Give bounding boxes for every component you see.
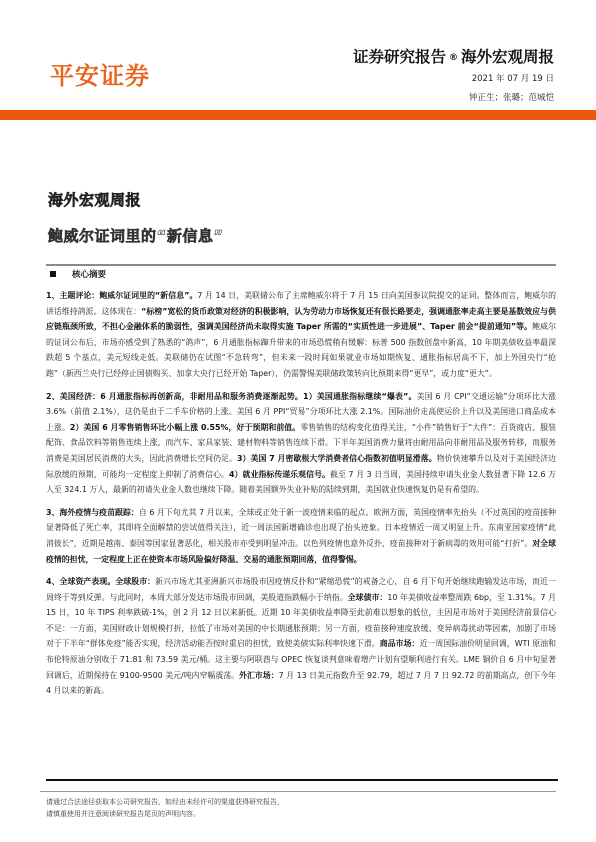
paragraph-lead: 2、美国经济：6 月通胀指标再创新高，非耐用品和服务消费逐渐起势。1）美国通胀指… <box>46 392 417 401</box>
divider-footer <box>40 791 556 792</box>
paragraph-emphasis: 全球债市： <box>348 593 388 602</box>
paragraph-emphasis: 4）就业指标传递乐观信号。 <box>229 470 330 479</box>
square-bullet-icon <box>50 271 56 277</box>
section-heading: 核心摘要 <box>50 268 106 280</box>
paragraph-3: 3、海外疫情与疫苗跟踪：自 6 月下旬尤其 7 月以来，全球或正处于新一波疫情来… <box>46 505 556 567</box>
section-heading-label: 核心摘要 <box>72 270 106 280</box>
divider-bottom <box>46 779 558 781</box>
paragraph-lead: 3、海外疫情与疫苗跟踪： <box>46 508 139 517</box>
report-series: 海外宏观周报 <box>461 48 554 66</box>
footer-line-1: 请通过合法途径获取本公司研究报告，如经由未经许可的渠道获得研究报告， <box>46 797 284 809</box>
summary-body: 1、主题评论：鲍威尔证词里的“新信息”。7 月 14 日，美联储公布了主席鲍威尔… <box>46 288 556 706</box>
report-header-title: 证券研究报告®海外宏观周报 <box>353 45 554 67</box>
paragraph-lead: 1、主题评论：鲍威尔证词里的“新信息”。 <box>46 291 197 300</box>
paragraph-lead: 4、全球资产表现。全球股市： <box>46 577 155 586</box>
separator-icon: ® <box>449 53 458 63</box>
paragraph-1: 1、主题评论：鲍威尔证词里的“新信息”。7 月 14 日，美联储公布了主席鲍威尔… <box>46 288 556 382</box>
company-logo: 平安证券 <box>50 56 150 91</box>
report-type: 证券研究报告 <box>353 48 446 66</box>
footer-disclaimer: 请通过合法途径获取本公司研究报告，如经由未经许可的渠道获得研究报告， 请慎重使用… <box>46 797 284 820</box>
paragraph-emphasis: 商品市场： <box>380 639 420 648</box>
header-accent-bar <box>0 110 596 120</box>
report-authors: 钟正生；张璐；范城恺 <box>469 91 554 103</box>
document-kind: 海外宏观周报 <box>48 189 141 210</box>
footer-line-2: 请慎重使用并注意阅读研究报告尾页的声明内容。 <box>46 809 284 821</box>
paragraph-4: 4、全球资产表现。全球股市：新兴市场尤其亚洲新兴市场股市因疫情反扑和“紧缩恐慌”… <box>46 574 556 699</box>
report-date: 2021 年 07 月 19 日 <box>472 72 554 84</box>
document-title: 鲍威尔证词里的“新信息” <box>48 225 224 246</box>
divider-top <box>46 264 556 266</box>
paragraph-emphasis: 2）美国 6 月零售销售环比小幅上涨 0.55%，好于预期和前值。 <box>70 423 300 432</box>
paragraph-emphasis: 3）美国 7 月密歇根大学消费者信心指数初值明显滑落。 <box>237 454 437 463</box>
paragraph-emphasis: 外汇市场： <box>239 671 279 680</box>
paragraph-2: 2、美国经济：6 月通胀指标再创新高，非耐用品和服务消费逐渐起势。1）美国通胀指… <box>46 389 556 498</box>
